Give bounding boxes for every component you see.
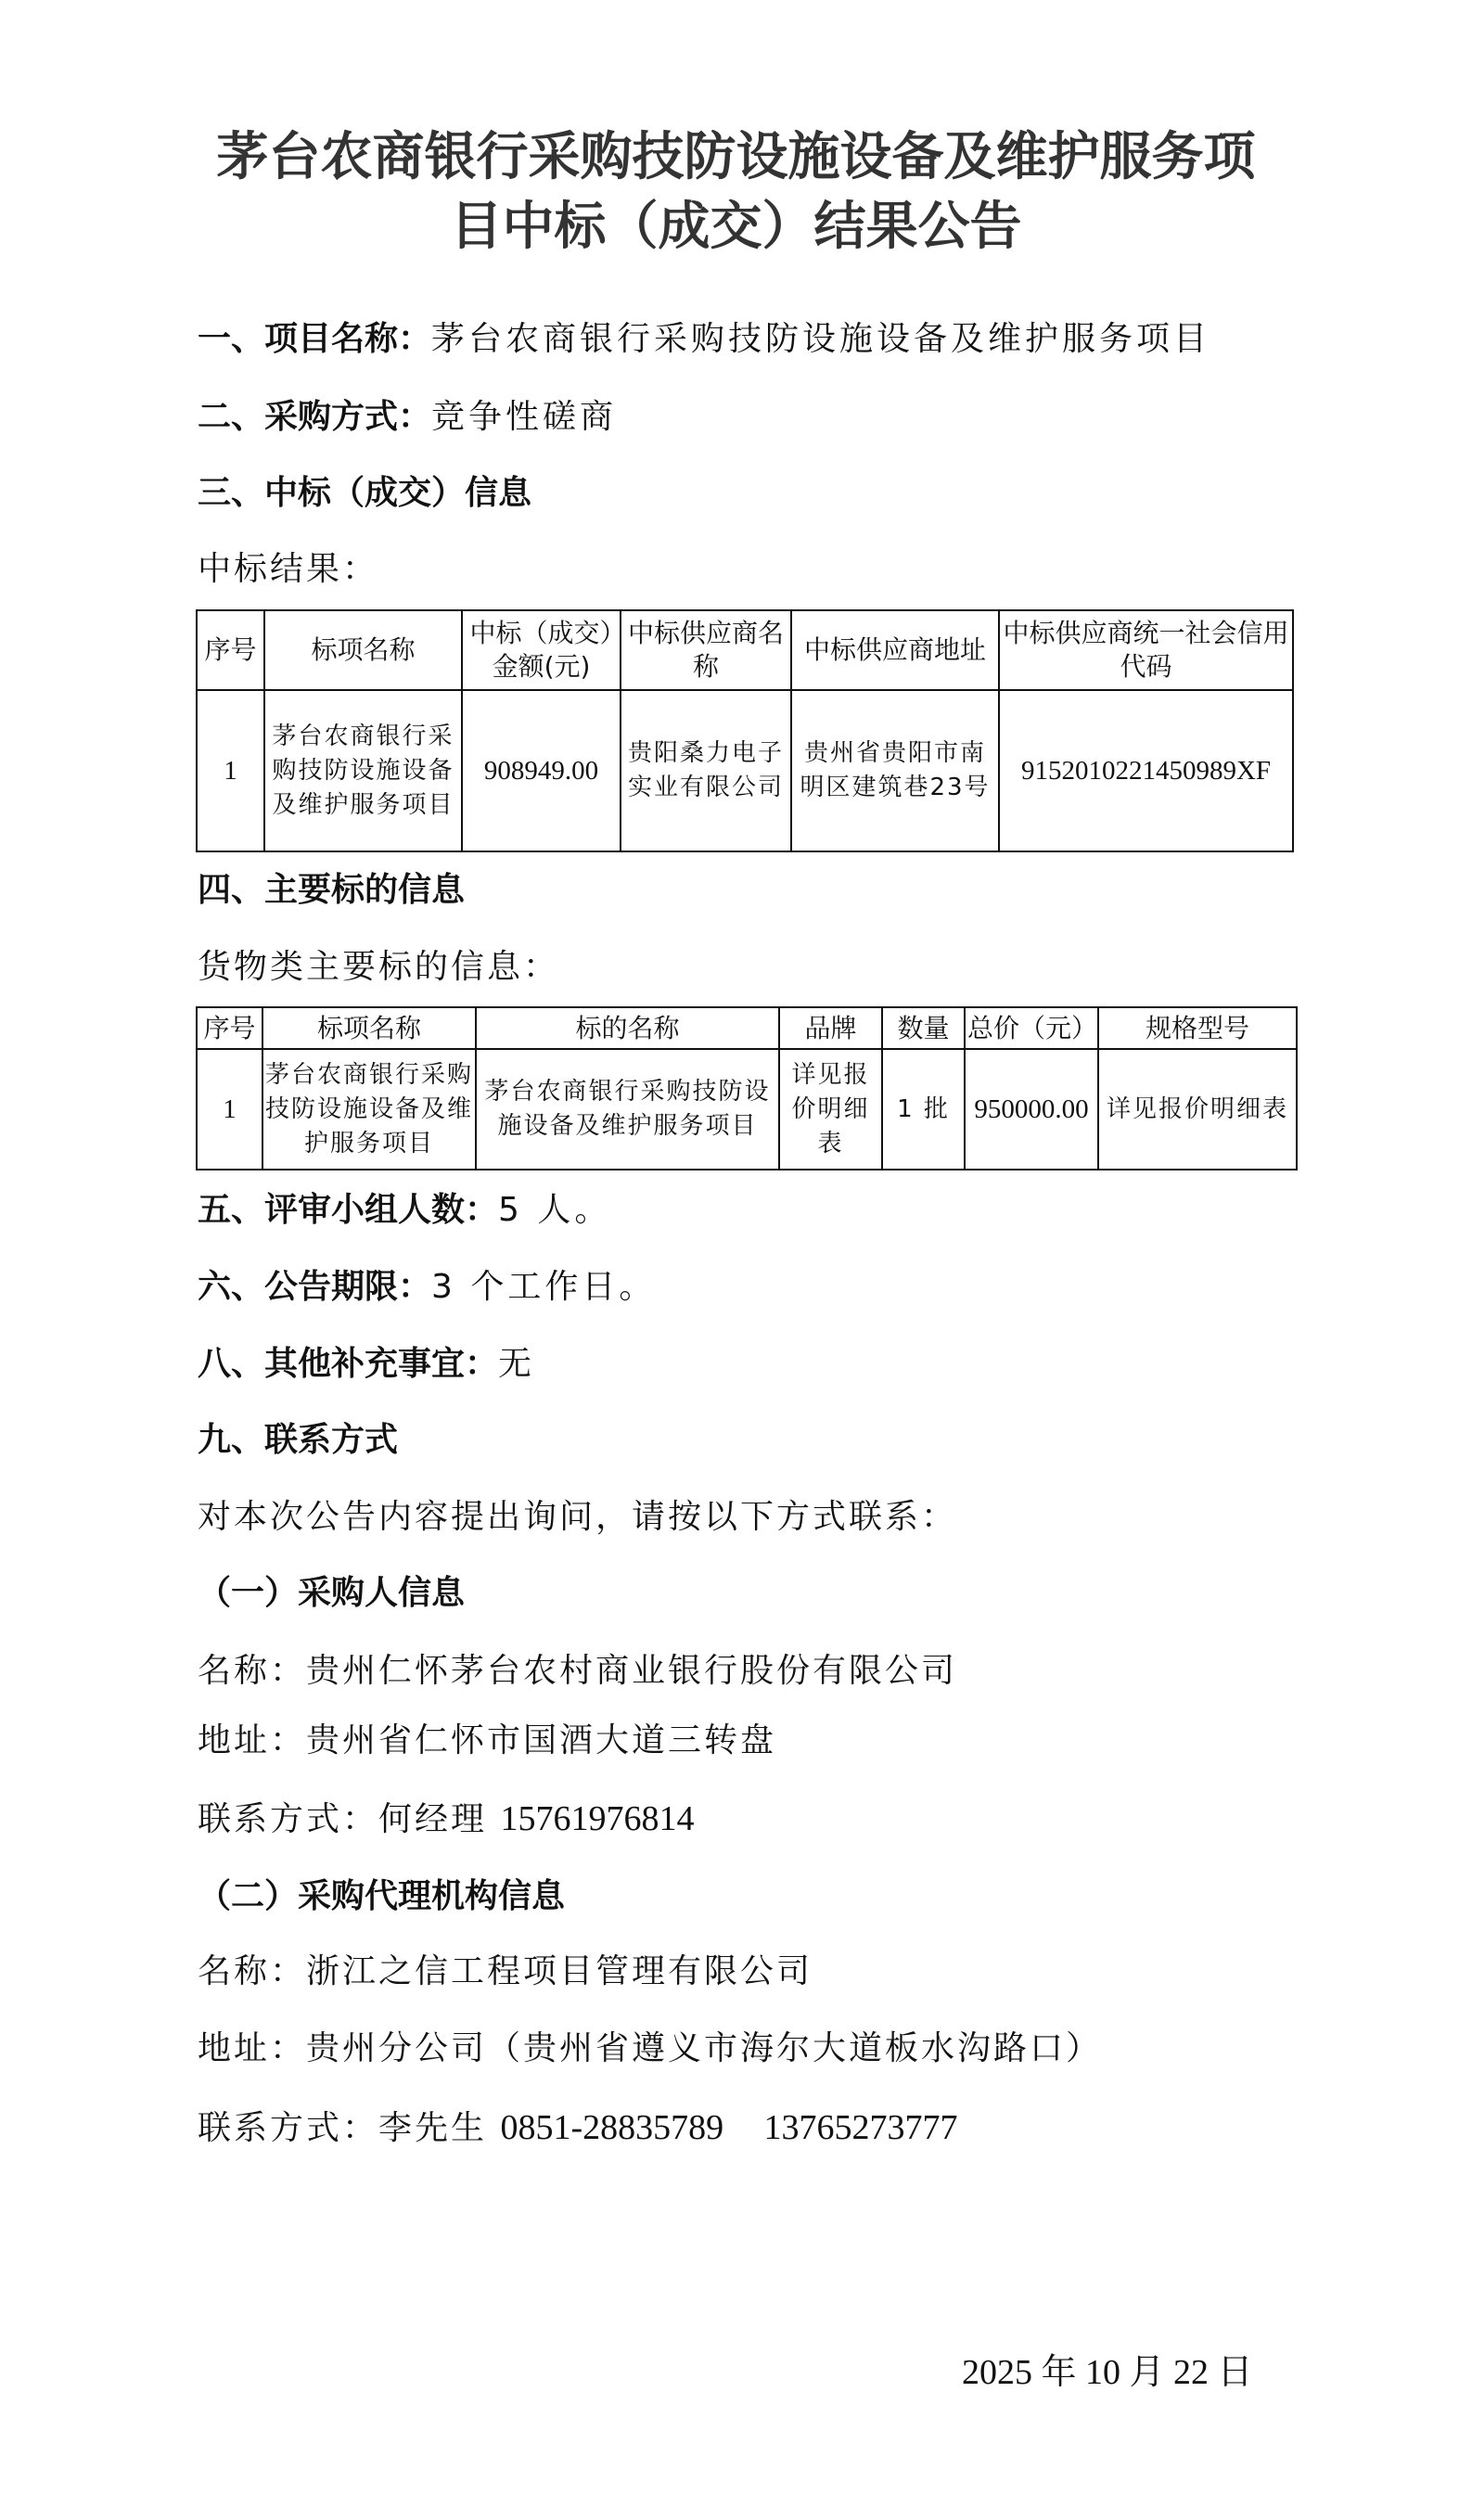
purchaser-name-value: 贵州仁怀茅台农村商业银行股份有限公司 (306, 1652, 957, 1690)
header-total-price: 总价（元） (965, 1007, 1098, 1049)
cell-total-price: 950000.00 (965, 1049, 1098, 1170)
agency-heading: （二）采购代理机构信息 (198, 1878, 565, 1915)
announcement-period-value: 3 个工作日。 (431, 1268, 656, 1306)
section-label: 六、公告期限： (198, 1268, 431, 1306)
section-procurement-method: 二、采购方式：竞争性磋商 (198, 399, 617, 436)
procurement-method-value: 竞争性磋商 (431, 398, 617, 436)
purchaser-address-value: 贵州省仁怀市国酒大道三转盘 (306, 1721, 776, 1759)
table-row: 1 茅台农商银行采购技防设施设备及维护服务项目 908949.00 贵阳桑力电子… (197, 690, 1293, 851)
goods-table: 序号 标项名称 标的名称 品牌 数量 总价（元） 规格型号 1 茅台农商银行采购… (196, 1006, 1298, 1170)
purchaser-address: 地址：贵州省仁怀市国酒大道三转盘 (198, 1722, 776, 1759)
section-main-subject-info: 四、主要标的信息 (198, 872, 465, 909)
purchaser-heading: （一）采购人信息 (198, 1575, 465, 1612)
section-label: 八、其他补充事宜： (198, 1345, 498, 1383)
section-contact: 九、联系方式 (198, 1422, 398, 1459)
section-other-matters: 八、其他补充事宜：无 (198, 1346, 535, 1383)
label: 地址： (198, 1721, 306, 1759)
purchaser-phone: 15761976814 (500, 1799, 694, 1838)
purchaser-name: 名称：贵州仁怀茅台农村商业银行股份有限公司 (198, 1653, 957, 1690)
agency-contact: 联系方式：李先生 0851-28835789 13765273777 (198, 2109, 957, 2147)
agency-phone-1: 0851-28835789 (500, 2108, 723, 2147)
cell-index: 1 (197, 690, 264, 851)
goods-info-label: 货物类主要标的信息： (198, 949, 559, 986)
label: 联系方式： (198, 2109, 378, 2147)
label: 名称： (198, 1652, 306, 1690)
cell-subject-name: 茅台农商银行采购技防设施设备及维护服务项目 (476, 1049, 779, 1170)
header-item-name: 标项名称 (262, 1007, 476, 1049)
table-header-row: 序号 标项名称 标的名称 品牌 数量 总价（元） 规格型号 (197, 1007, 1297, 1049)
agency-phone-2: 13765273777 (763, 2108, 957, 2147)
agency-address: 地址：贵州分公司（贵州省遵义市海尔大道板水沟路口） (198, 2030, 1102, 2067)
cell-amount: 908949.00 (462, 690, 621, 851)
cell-item-name: 茅台农商银行采购技防设施设备及维护服务项目 (262, 1049, 476, 1170)
page-title-line-2: 目中标（成交）结果公告 (0, 192, 1472, 262)
cell-supplier-name: 贵阳桑力电子实业有限公司 (621, 690, 791, 851)
award-result-label: 中标结果： (198, 551, 378, 588)
table-header-row: 序号 标项名称 中标（成交）金额(元) 中标供应商名称 中标供应商地址 中标供应… (197, 610, 1293, 690)
agency-name-value: 浙江之信工程项目管理有限公司 (306, 1952, 813, 1990)
cell-spec: 详见报价明细表 (1098, 1049, 1297, 1170)
label: 名称： (198, 1952, 306, 1990)
agency-name: 名称：浙江之信工程项目管理有限公司 (198, 1953, 813, 1990)
section-label: 五、评审小组人数： (198, 1191, 498, 1229)
header-item-name: 标项名称 (264, 610, 462, 690)
header-index: 序号 (197, 1007, 262, 1049)
agency-contact-person: 李先生 (378, 2109, 487, 2147)
header-index: 序号 (197, 610, 264, 690)
cell-credit-code: 9152010221450989XF (999, 690, 1293, 851)
contact-intro: 对本次公告内容提出询问，请按以下方式联系： (198, 1499, 957, 1536)
header-supplier-name: 中标供应商名称 (621, 610, 791, 690)
cell-index: 1 (197, 1049, 262, 1170)
section-announcement-period: 六、公告期限：3 个工作日。 (198, 1269, 656, 1306)
agency-address-value: 贵州分公司（贵州省遵义市海尔大道板水沟路口） (306, 2029, 1102, 2067)
section-award-info: 三、中标（成交）信息 (198, 475, 531, 512)
section-review-panel-size: 五、评审小组人数：5 人。 (198, 1192, 611, 1229)
cell-supplier-address: 贵州省贵阳市南明区建筑巷23号 (791, 690, 999, 851)
header-quantity: 数量 (882, 1007, 965, 1049)
header-credit-code: 中标供应商统一社会信用代码 (999, 610, 1293, 690)
label: 联系方式： (198, 1800, 378, 1838)
review-panel-size-value: 5 人。 (498, 1191, 611, 1229)
section-project-name: 一、项目名称：茅台农商银行采购技防设施设备及维护服务项目 (198, 321, 1210, 358)
cell-item-name: 茅台农商银行采购技防设施设备及维护服务项目 (264, 690, 462, 851)
header-spec: 规格型号 (1098, 1007, 1297, 1049)
header-subject-name: 标的名称 (476, 1007, 779, 1049)
announcement-date: 2025 年 10 月 22 日 (962, 2354, 1253, 2391)
page-title-line-1: 茅台农商银行采购技防设施设备及维护服务项 (0, 122, 1472, 192)
award-table: 序号 标项名称 中标（成交）金额(元) 中标供应商名称 中标供应商地址 中标供应… (196, 609, 1294, 852)
header-brand: 品牌 (779, 1007, 882, 1049)
cell-quantity: 1 批 (882, 1049, 965, 1170)
other-matters-value: 无 (498, 1345, 535, 1383)
header-supplier-address: 中标供应商地址 (791, 610, 999, 690)
label: 地址： (198, 2029, 306, 2067)
header-amount: 中标（成交）金额(元) (462, 610, 621, 690)
project-name-value: 茅台农商银行采购技防设施设备及维护服务项目 (431, 320, 1210, 358)
purchaser-contact-person: 何经理 (378, 1800, 487, 1838)
section-label: 一、项目名称： (198, 320, 431, 358)
cell-brand: 详见报价明细表 (779, 1049, 882, 1170)
purchaser-contact: 联系方式：何经理 15761976814 (198, 1800, 694, 1838)
table-row: 1 茅台农商银行采购技防设施设备及维护服务项目 茅台农商银行采购技防设施设备及维… (197, 1049, 1297, 1170)
section-label: 二、采购方式： (198, 398, 431, 436)
